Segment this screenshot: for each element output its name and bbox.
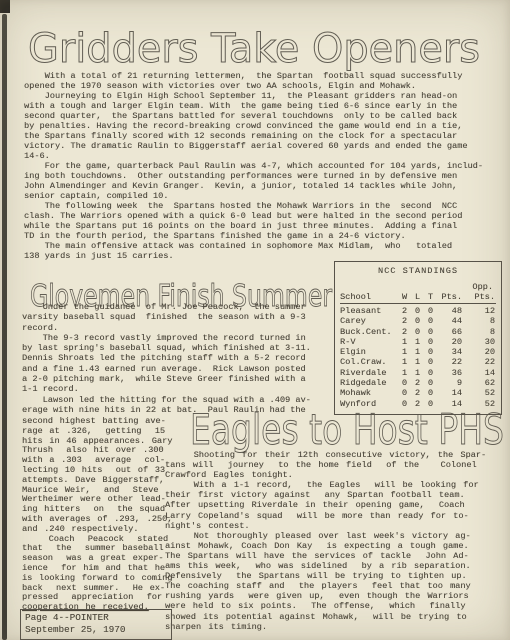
standings-row: Buck.Cent.200668 [340, 327, 496, 337]
standings-cell: 2 [398, 316, 411, 326]
standings-header-losses: L [411, 292, 424, 302]
standings-cell: 48 [437, 306, 462, 316]
standings-header-school: School [340, 292, 398, 302]
standings-cell: 30 [462, 337, 496, 347]
standings-cell: 44 [437, 316, 462, 326]
standings-row: Col.Craw.1102222 [340, 357, 496, 367]
scan-edge-artifact [2, 14, 7, 640]
standings-cell: 0 [398, 399, 411, 409]
standings-cell: 62 [462, 378, 496, 388]
standings-cell: Carey [340, 316, 398, 326]
standings-cell: 2 [411, 378, 424, 388]
standings-cell: 0 [411, 316, 424, 326]
standings-cell: 1 [411, 368, 424, 378]
standings-cell: Wynford [340, 399, 398, 409]
standings-cell: Ridgedale [340, 378, 398, 388]
standings-cell: 2 [411, 388, 424, 398]
standings-row: Riverdale1103614 [340, 368, 496, 378]
standings-cell: 1 [411, 337, 424, 347]
standings-cell: Elgin [340, 347, 398, 357]
standings-cell: 0 [398, 388, 411, 398]
standings-row: Mohawk0201452 [340, 388, 496, 398]
standings-cell: 1 [411, 357, 424, 367]
standings-cell: 20 [462, 347, 496, 357]
page-footer: Page 4--POINTER September 25, 1970 [20, 609, 172, 640]
newspaper-page: Gridders Take Openers With a total of 21… [0, 0, 510, 640]
standings-cell: 14 [437, 388, 462, 398]
standings-cell: 0 [424, 316, 437, 326]
standings-header-wins: W [398, 292, 411, 302]
standings-cell: Mohawk [340, 388, 398, 398]
standings-cell: 66 [437, 327, 462, 337]
standings-cell: 2 [411, 399, 424, 409]
standings-cell: Riverdale [340, 368, 398, 378]
scan-corner-artifact [0, 0, 10, 13]
standings-row: Pleasant2004812 [340, 306, 496, 316]
eagles-headline: Eagles to Host PHS [190, 410, 504, 454]
gridders-headline-art: Gridders Take Openers [26, 24, 486, 72]
standings-cell: Col.Craw. [340, 357, 398, 367]
standings-cell: 0 [424, 388, 437, 398]
standings-row: Wynford0201452 [340, 399, 496, 409]
eagles-article-body: Shooting for their 12th consecutive vict… [165, 450, 507, 632]
footer-page-label: Page 4--POINTER [25, 612, 167, 624]
standings-cell: 20 [437, 337, 462, 347]
standings-cell: 0 [411, 327, 424, 337]
standings-cell: 14 [462, 368, 496, 378]
standings-title: NCC STANDINGS [340, 266, 496, 276]
standings-row: Carey200448 [340, 316, 496, 326]
standings-cell: 0 [398, 378, 411, 388]
standings-cell: 2 [398, 306, 411, 316]
standings-cell: 0 [424, 368, 437, 378]
standings-cell: 22 [437, 357, 462, 367]
standings-cell: 52 [462, 399, 496, 409]
standings-cell: 0 [424, 378, 437, 388]
standings-cell: 52 [462, 388, 496, 398]
standings-cell: R-V [340, 337, 398, 347]
standings-cell: 8 [462, 327, 496, 337]
standings-cell: 0 [424, 337, 437, 347]
glovemen-article-body-wide: Under the guidance of Mr. Joe Peacock, t… [22, 302, 337, 415]
standings-cell: 1 [398, 357, 411, 367]
standings-cell: Buck.Cent. [340, 327, 398, 337]
glovemen-narrow-text: second highest batting ave- rage at .326… [22, 416, 172, 602]
standings-cell: 36 [437, 368, 462, 378]
standings-body: Pleasant2004812Carey200448Buck.Cent.2006… [340, 306, 496, 409]
standings-cell: 34 [437, 347, 462, 357]
standings-cell: 1 [411, 347, 424, 357]
standings-cell: 0 [424, 347, 437, 357]
standings-cell: 12 [462, 306, 496, 316]
standings-row: Ridgedale020962 [340, 378, 496, 388]
gridders-headline: Gridders Take Openers [28, 26, 480, 72]
standings-cell: 1 [398, 368, 411, 378]
standings-row: R-V1102030 [340, 337, 496, 347]
standings-cell: 2 [398, 327, 411, 337]
standings-cell: 8 [462, 316, 496, 326]
standings-header-ties: T [424, 292, 437, 302]
standings-opp-header: Opp. [340, 282, 496, 292]
standings-cell: 0 [411, 306, 424, 316]
standings-cell: 9 [437, 378, 462, 388]
standings-cell: 14 [437, 399, 462, 409]
standings-cell: 0 [424, 306, 437, 316]
standings-cell: 22 [462, 357, 496, 367]
standings-cell: 0 [424, 327, 437, 337]
standings-cell: 0 [424, 399, 437, 409]
ncc-standings-table: NCC STANDINGS Opp. School W L T Pts. Pts… [334, 261, 502, 415]
footer-date: September 25, 1970 [25, 624, 167, 636]
gridders-article-body: With a total of 21 returning lettermen, … [24, 71, 502, 261]
standings-cell: 1 [398, 347, 411, 357]
standings-header-points: Pts. [437, 292, 462, 302]
standings-cell: Pleasant [340, 306, 398, 316]
standings-header-opp-points: Pts. [462, 292, 496, 302]
standings-cell: 0 [424, 357, 437, 367]
standings-row: Elgin1103420 [340, 347, 496, 357]
standings-column-headers: School W L T Pts. Pts. [340, 292, 496, 304]
standings-cell: 1 [398, 337, 411, 347]
